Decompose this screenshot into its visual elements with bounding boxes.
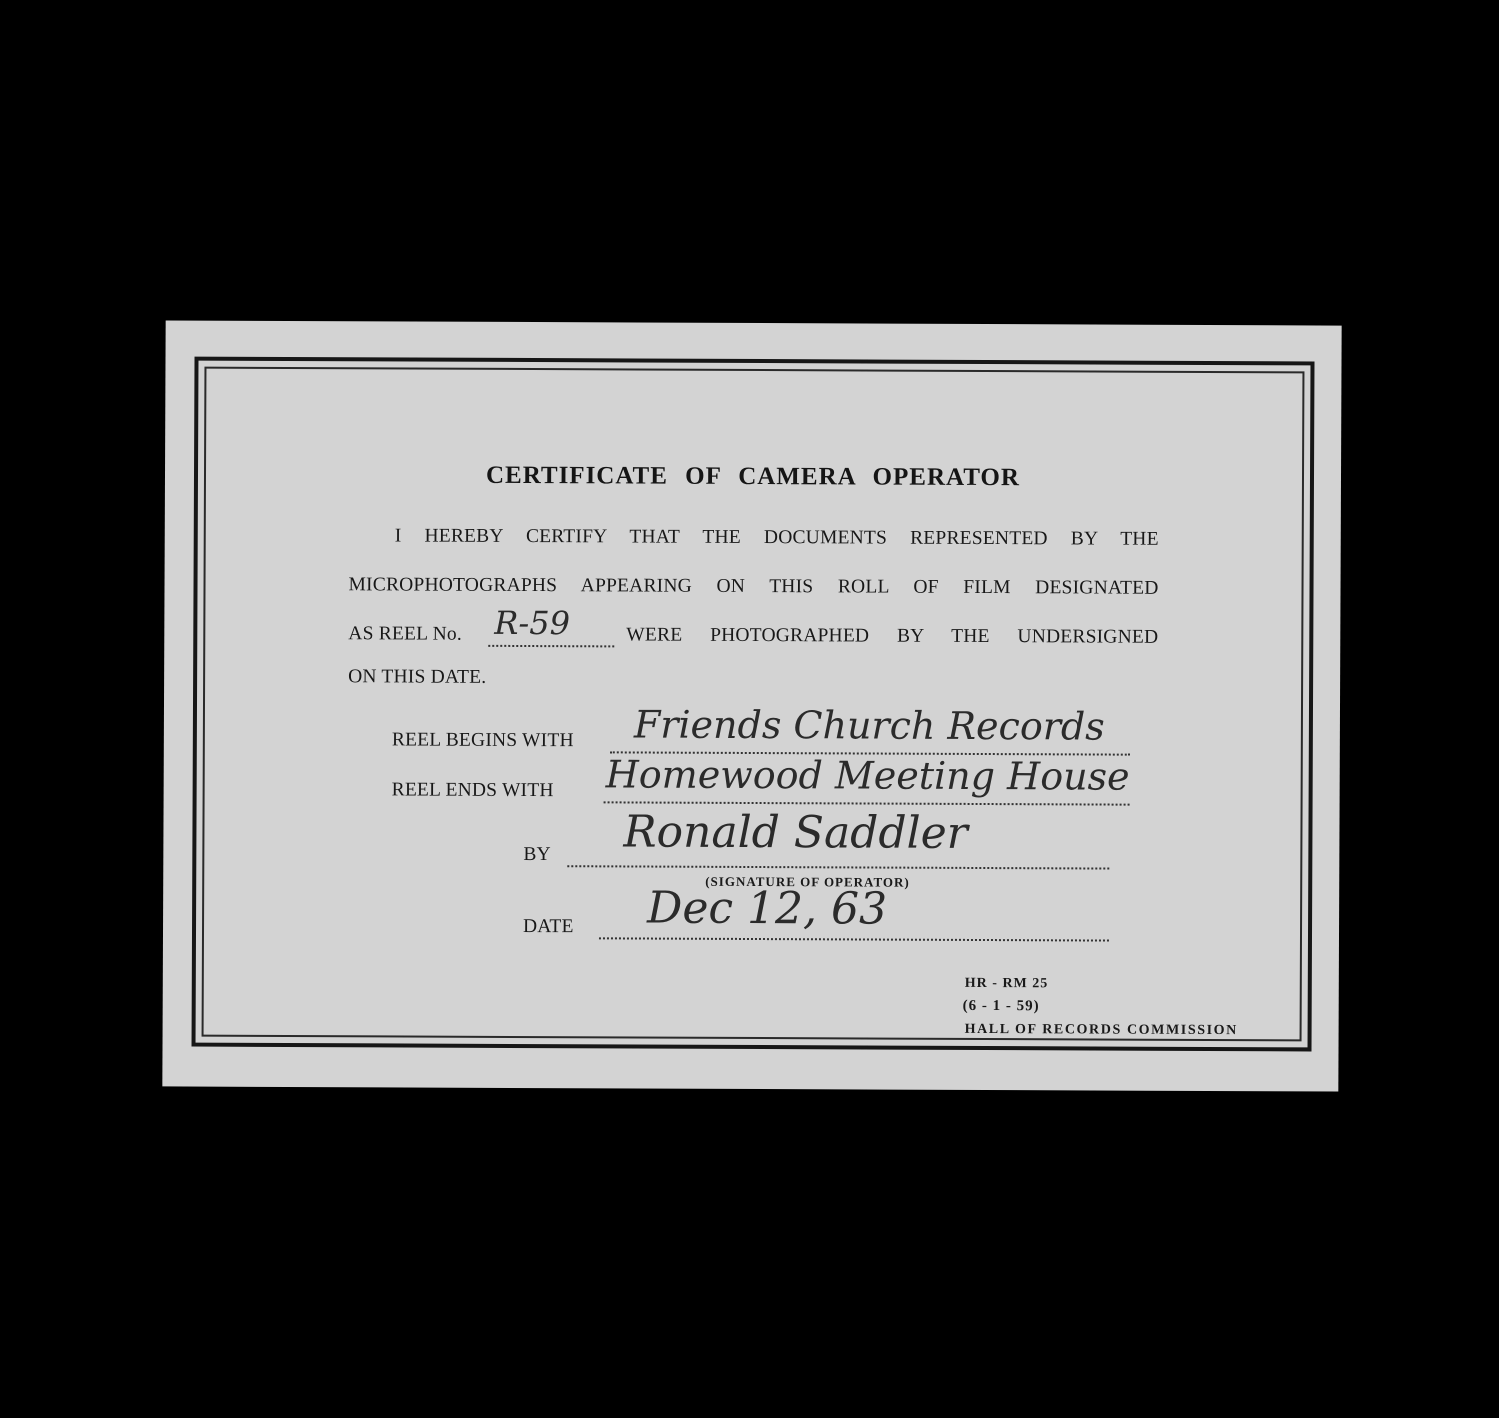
date-label: DATE <box>523 916 574 938</box>
certificate-card: CERTIFICATE OF CAMERA OPERATOR I HEREBY … <box>162 320 1341 1091</box>
by-label: BY <box>523 844 551 866</box>
reel-ends-label: REEL ENDS WITH <box>392 779 554 802</box>
reel-no-label: AS REEL No. <box>348 623 462 645</box>
certificate-title: CERTIFICATE OF CAMERA OPERATOR <box>165 460 1341 493</box>
body-line-4: ON THIS DATE. <box>348 666 486 689</box>
body-line-1: I HEREBY CERTIFY THAT THE DOCUMENTS REPR… <box>395 525 1159 550</box>
reel-no-dotted-line <box>488 644 614 648</box>
form-date: (6 - 1 - 59) <box>963 998 1040 1015</box>
date-value: Dec 12, 63 <box>647 883 887 935</box>
form-number: HR - RM 25 <box>965 976 1049 992</box>
reel-ends-value: Homewood Meeting House <box>606 752 1130 798</box>
reel-no-value: R-59 <box>494 604 570 642</box>
issuer: HALL OF RECORDS COMMISSION <box>965 1022 1238 1039</box>
reel-begins-value: Friends Church Records <box>634 702 1105 748</box>
body-line-2: MICROPHOTOGRAPHS APPEARING ON THIS ROLL … <box>348 574 1158 600</box>
reel-begins-label: REEL BEGINS WITH <box>392 729 574 752</box>
operator-signature: Ronald Saddler <box>623 806 967 859</box>
body-line-3-suffix: WERE PHOTOGRAPHED BY THE UNDERSIGNED <box>626 624 1158 648</box>
